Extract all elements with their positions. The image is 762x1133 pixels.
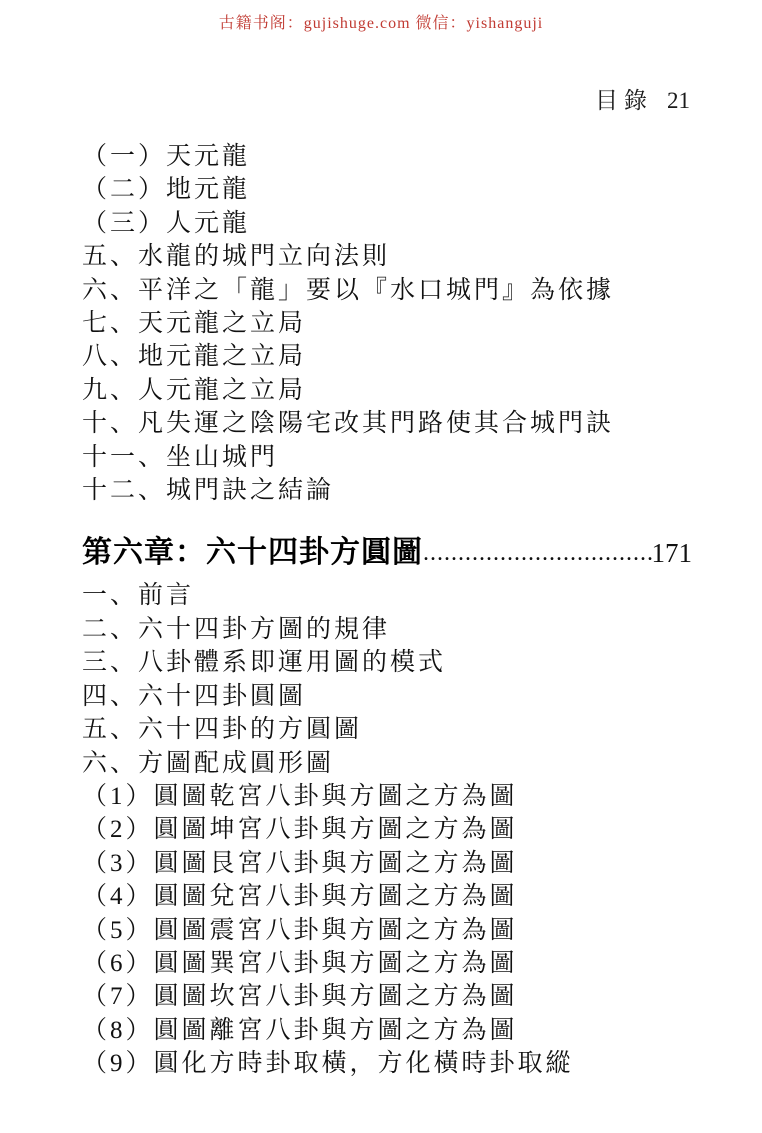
- toc-item: 十、凡失運之陰陽宅改其門路使其合城門訣: [82, 407, 692, 440]
- toc-item: （5）圓圖震宮八卦與方圖之方為圖: [82, 914, 692, 947]
- toc-item: 四、六十四卦圓圖: [82, 680, 692, 713]
- dot-leader: [423, 540, 652, 567]
- book-page: 古籍书阁：gujishuge.com 微信：yishanguji 目錄21 （一…: [0, 0, 762, 1133]
- toc-item: 八、地元龍之立局: [82, 340, 692, 373]
- toc-item: （二）地元龍: [82, 173, 692, 206]
- toc-item: （7）圓圖坎宮八卦與方圖之方為圖: [82, 980, 692, 1013]
- toc-item: （9）圓化方時卦取橫，方化橫時卦取縱: [82, 1047, 692, 1080]
- toc-item: 九、人元龍之立局: [82, 374, 692, 407]
- chapter-heading-row: 第六章：六十四卦方圓圖 171: [82, 527, 692, 571]
- toc-item: 二、六十四卦方圖的規律: [82, 613, 692, 646]
- toc-item: （三）人元龍: [82, 207, 692, 240]
- toc-item: 六、方圖配成圓形圖: [82, 747, 692, 780]
- toc-item: （3）圓圖艮宮八卦與方圖之方為圖: [82, 847, 692, 880]
- toc-item: （8）圓圖離宮八卦與方圖之方為圖: [82, 1014, 692, 1047]
- toc-item: 五、水龍的城門立向法則: [82, 240, 692, 273]
- toc-item: （一）天元龍: [82, 140, 692, 173]
- watermark-text: 古籍书阁：gujishuge.com 微信：yishanguji: [0, 10, 762, 33]
- toc-item: 十二、城門訣之結論: [82, 474, 692, 507]
- page-header: 目錄21: [595, 82, 690, 115]
- toc-item: （1）圓圖乾宮八卦與方圖之方為圖: [82, 780, 692, 813]
- toc-item: （4）圓圖兌宮八卦與方圖之方為圖: [82, 880, 692, 913]
- toc-content: （一）天元龍 （二）地元龍 （三）人元龍 五、水龍的城門立向法則 六、平洋之「龍…: [82, 140, 692, 1081]
- toc-item: 六、平洋之「龍」要以『水口城門』為依據: [82, 274, 692, 307]
- toc-item: 一、前言: [82, 579, 692, 612]
- folio-title: 目錄: [595, 88, 653, 113]
- folio-page-number: 21: [667, 88, 690, 113]
- chapter-page-number: 171: [652, 538, 693, 569]
- toc-item: 五、六十四卦的方圓圖: [82, 713, 692, 746]
- toc-item: （6）圓圖巽宮八卦與方圖之方為圖: [82, 947, 692, 980]
- toc-item: 十一、坐山城門: [82, 441, 692, 474]
- toc-item: 三、八卦體系即運用圖的模式: [82, 646, 692, 679]
- toc-item: （2）圓圖坤宮八卦與方圖之方為圖: [82, 813, 692, 846]
- toc-item: 七、天元龍之立局: [82, 307, 692, 340]
- toc-section-2: 一、前言 二、六十四卦方圖的規律 三、八卦體系即運用圖的模式 四、六十四卦圓圖 …: [82, 579, 692, 1080]
- chapter-title: 第六章：六十四卦方圓圖: [82, 527, 423, 571]
- toc-section-1: （一）天元龍 （二）地元龍 （三）人元龍 五、水龍的城門立向法則 六、平洋之「龍…: [82, 140, 692, 507]
